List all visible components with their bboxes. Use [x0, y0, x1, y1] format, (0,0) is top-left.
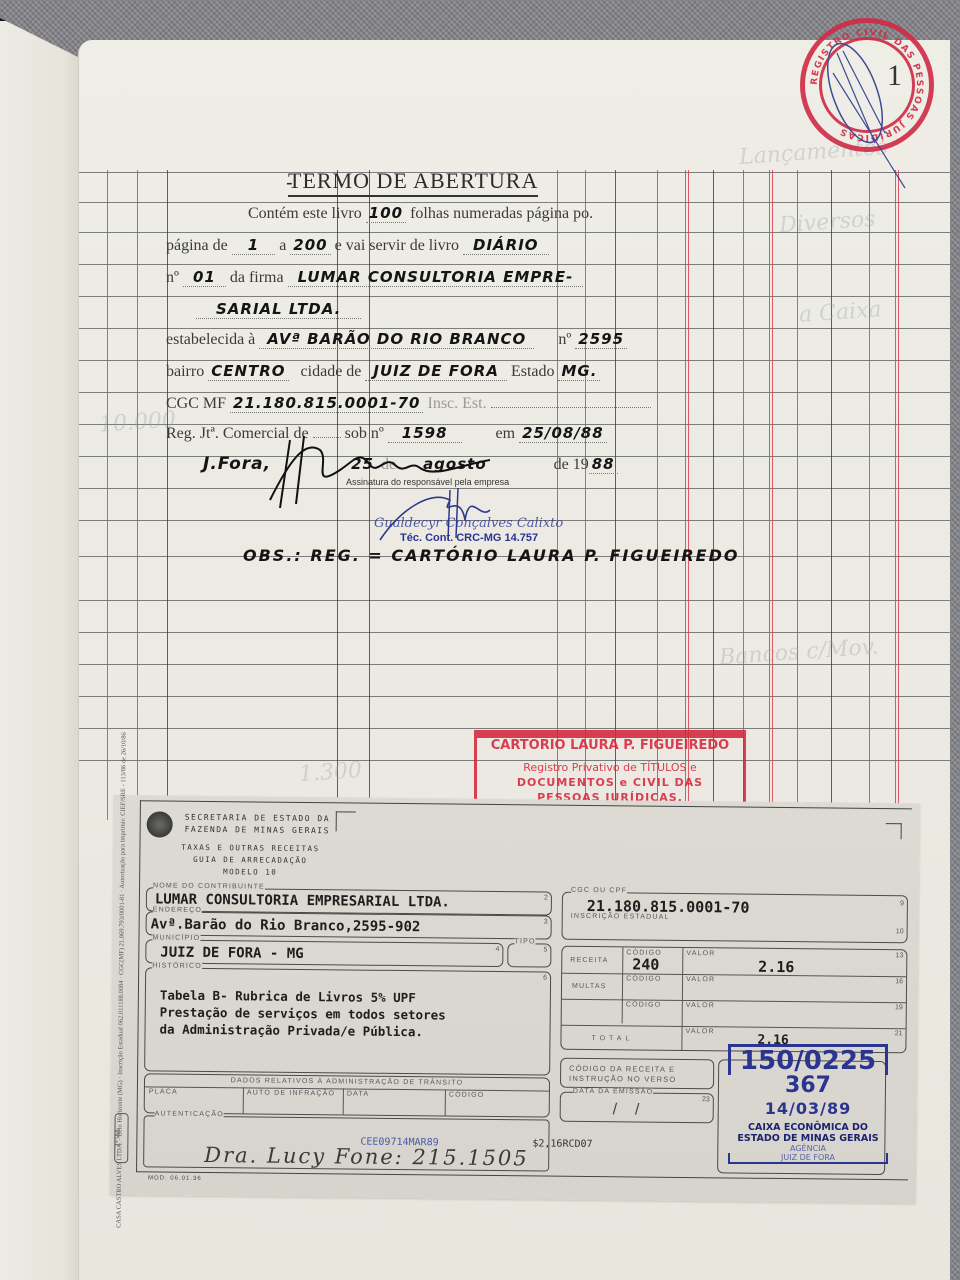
handwritten-phone-note: Dra. Lucy Fone: 215.1505	[204, 1143, 529, 1170]
termo-line-6: bairro CENTRO cidade de JUIZ DE FORA Est…	[166, 362, 600, 381]
form-header-secretaria: SECRETARIA DE ESTADO DA FAZENDA DE MINAS…	[185, 812, 331, 838]
revenue-code-instruction-field: CÓDIGO DA RECEITA E INSTRUÇÃO NO VERSO	[560, 1058, 714, 1090]
ruled-column	[797, 170, 798, 820]
issue-date-value: / /	[613, 1101, 640, 1119]
blue-initials-scribble	[815, 33, 935, 193]
termo-line-2: página de 1 a 200 e vai servir de livro …	[166, 236, 549, 255]
ruled-line	[79, 728, 950, 729]
ruled-column	[685, 170, 686, 820]
book-type-value: DIÁRIO	[463, 236, 549, 255]
termo-title: TERMO DE ABERTURA	[288, 168, 538, 197]
ruled-column	[895, 170, 896, 820]
notary-stamp-line: DOCUMENTOS e CIVIL DAS	[477, 776, 743, 789]
field-label: TIPO	[514, 938, 535, 945]
field-number: 16	[895, 978, 903, 985]
ruled-line	[79, 696, 950, 697]
label: estabelecida à	[166, 331, 255, 348]
obs-value: OBS.: REG. = CARTÓRIO LAURA P. FIGUEIRED…	[240, 546, 742, 565]
ruled-column	[869, 170, 870, 820]
history-field: HISTÓRICO Tabela B- Rubrica de Livros 5%…	[144, 967, 551, 1075]
cgc-field: CGC OU CPF 21.180.815.0001-70 INSCRIÇÃO …	[562, 892, 908, 944]
label: Contém este livro	[248, 205, 362, 222]
ruled-column	[657, 170, 658, 820]
bleed-through-text: 10.000	[98, 407, 177, 437]
ruled-line	[79, 664, 950, 665]
termo-line-5: estabelecida à AVª BARÃO DO RIO BRANCO n…	[166, 330, 627, 349]
divider	[243, 1087, 244, 1113]
registry-date-value: 25/08/88	[519, 424, 607, 443]
ruled-column	[688, 170, 689, 820]
field-label: VALOR	[686, 1028, 715, 1035]
ruled-line	[79, 360, 950, 361]
divider	[681, 948, 683, 1050]
divider	[622, 947, 624, 1023]
ruled-line	[79, 392, 950, 393]
label: CGC MF	[166, 395, 226, 412]
via-label: 1ª VIA	[114, 1113, 129, 1163]
printer-imprint: CASA CASTRO ALVES LTDA. - Belo Horizonte…	[111, 855, 134, 1105]
ruled-column	[615, 170, 616, 820]
ruled-line	[79, 632, 950, 633]
divider	[445, 1089, 446, 1115]
field-label: NOME DO CONTRIBUINTE	[153, 882, 265, 890]
ruled-line	[79, 296, 950, 297]
field-number: 19	[895, 1004, 903, 1011]
notary-stamp-title: CARTÓRIO LAURA P. FIGUEIREDO	[477, 738, 743, 753]
form-model-code: MOD. 06.01.36	[148, 1175, 202, 1182]
field-label: VALOR	[686, 1002, 715, 1009]
history-text: Tabela B- Rubrica de Livros 5% UPF Prest…	[159, 986, 446, 1040]
address-number-value: 2595	[575, 330, 627, 349]
ruled-column	[585, 170, 586, 820]
label: a	[279, 237, 286, 254]
termo-line-1: Contém este livro 100 folhas numeradas p…	[248, 204, 593, 223]
corner-mark	[336, 811, 356, 831]
taxpayer-address-value: Avª.Barão do Rio Branco,2595-902	[151, 916, 421, 935]
divider	[343, 1088, 344, 1114]
bank-stamp-name: ESTADO DE MINAS GERAIS	[728, 1133, 888, 1144]
label: bairro	[166, 363, 204, 380]
ruled-line	[79, 600, 950, 601]
header-line: GUIA DE ARRECADAÇÃO	[180, 854, 320, 867]
cgc-value: 21.180.815.0001-70	[230, 394, 423, 413]
accountant-name: Gualdecyr Conçalves Calixto	[374, 516, 563, 531]
field-label: DADOS RELATIVOS À ADMINISTRAÇÃO DE TRÂNS…	[145, 1076, 549, 1087]
field-number: 23	[702, 1096, 710, 1103]
field-label: DATA	[347, 1090, 370, 1097]
authentication-field: AUTENTICAÇÃO CEE09714MAR89 $2,16RCD07 Dr…	[143, 1115, 550, 1171]
field-number: 5	[543, 947, 547, 954]
label: nº	[558, 331, 571, 348]
field-label: CÓDIGO	[626, 975, 662, 982]
field-number: 2	[544, 895, 548, 902]
label: Insc. Est.	[427, 395, 486, 412]
field-number: 13	[896, 952, 904, 959]
address-value: AVª BARÃO DO RIO BRANCO	[259, 330, 534, 349]
issue-date-field: DATA DA EMISSÃO / / 23	[560, 1092, 714, 1124]
bank-receipt-stamp: 150/0225 367 14/03/89 CAIXA ECONÔMICA DO…	[728, 1044, 888, 1164]
field-number: 4	[495, 946, 499, 953]
termo-obs-line: OBS.: REG. = CARTÓRIO LAURA P. FIGUEIRED…	[240, 546, 742, 566]
book-number-value: 01	[183, 268, 226, 287]
label: Estado	[511, 363, 555, 380]
ruled-column	[713, 170, 714, 820]
label-line: INSTRUÇÃO NO VERSO	[569, 1074, 677, 1085]
field-label: ENDEREÇO	[153, 906, 202, 914]
ruled-column	[772, 170, 773, 820]
field-label: HISTÓRICO	[152, 962, 202, 970]
notary-stamp-line: Registro Privativo de TÍTULOS e	[477, 761, 743, 774]
company-name-line2: SARIAL LTDA.	[196, 300, 361, 319]
field-number: 3	[544, 919, 548, 926]
label: nº	[166, 269, 179, 286]
header-line: MODELO 10	[180, 866, 320, 879]
insc-blank	[491, 407, 651, 408]
field-label: CÓDIGO DA RECEITA E INSTRUÇÃO NO VERSO	[569, 1064, 677, 1085]
field-label: CÓDIGO	[626, 1001, 662, 1008]
previous-page-edge	[0, 18, 80, 1280]
values-table: RECEITA CÓDIGO 240 VALOR 2.16 MULTAS CÓD…	[560, 946, 907, 1054]
city-value: JUIZ DE FORA	[365, 362, 507, 381]
field-number: 10	[896, 928, 904, 935]
ruled-column	[107, 170, 108, 820]
field-label: CÓDIGO	[449, 1092, 485, 1099]
field-number: 9	[900, 900, 904, 907]
field-label: VALOR	[686, 976, 715, 983]
bank-stamp-date: 14/03/89	[728, 1099, 888, 1118]
revenue-label: RECEITA	[570, 957, 608, 964]
field-label: MUNICÍPIO	[152, 934, 200, 941]
bank-stamp-agency: JUIZ DE FORA	[728, 1153, 888, 1164]
state-value: MG.	[558, 362, 600, 381]
label: de 19	[554, 456, 589, 473]
divider	[562, 1025, 906, 1030]
label: e vai servir de livro	[335, 237, 459, 254]
ruled-line	[79, 264, 950, 265]
district-value: CENTRO	[208, 362, 288, 381]
termo-line-4: SARIAL LTDA.	[196, 300, 361, 319]
revenue-code-value: 240	[632, 955, 659, 973]
divider	[562, 973, 906, 978]
bank-stamp-number: 150/0225	[728, 1044, 888, 1075]
accountant-crc: Téc. Cont. CRC-MG 14.757	[400, 532, 538, 544]
ruled-line	[79, 328, 950, 329]
municipality-value: JUIZ DE FORA - MG	[160, 944, 303, 961]
year-value: 88	[589, 455, 618, 474]
label: cidade de	[301, 363, 362, 380]
label: folhas numeradas página po.	[410, 205, 593, 222]
bleed-through-text: 1.300	[298, 758, 363, 787]
taxpayer-address-field: ENDEREÇO Avª.Barão do Rio Branco,2595-90…	[146, 911, 552, 939]
field-label: DATA DA EMISSÃO	[573, 1088, 653, 1096]
bank-stamp-teller: 367	[728, 1075, 888, 1097]
ruled-column	[137, 170, 138, 820]
ruled-column	[743, 170, 744, 820]
label: da firma	[230, 269, 284, 286]
page-to-value: 200	[290, 236, 330, 255]
type-field: TIPO 5	[507, 943, 551, 967]
folhas-value: 100	[366, 204, 406, 223]
termo-line-3: nº 01 da firma LUMAR CONSULTORIA EMPRE-	[166, 268, 583, 287]
bleed-through-text: Diversos	[778, 207, 876, 239]
ruled-column	[898, 170, 899, 820]
authentication-amount: $2,16RCD07	[532, 1138, 592, 1150]
bank-stamp-name: CAIXA ECONÔMICA DO	[728, 1122, 888, 1133]
field-label: AUTENTICAÇÃO	[155, 1110, 224, 1118]
total-label: TOTAL	[591, 1035, 633, 1042]
header-line: FAZENDA DE MINAS GERAIS	[185, 824, 330, 838]
company-name-line1: LUMAR CONSULTORIA EMPRE-	[288, 268, 584, 287]
field-label: AUTO DE INFRAÇÃO	[247, 1089, 335, 1097]
field-label: PLACA	[149, 1088, 178, 1095]
field-number: 21	[895, 1030, 903, 1037]
bank-stamp-agency: AGÊNCIA	[728, 1144, 888, 1153]
state-coat-of-arms-icon	[147, 811, 173, 837]
termo-line-7: CGC MF 21.180.815.0001-70 Insc. Est.	[166, 394, 651, 413]
field-label: VALOR	[686, 950, 715, 957]
history-line: da Administração Privada/e Pública.	[159, 1020, 445, 1040]
field-label: CGC OU CPF	[571, 887, 627, 895]
label: página de	[166, 237, 228, 254]
revenue-amount-value: 2.16	[758, 958, 794, 976]
ruled-column	[831, 170, 832, 820]
fines-label: MULTAS	[572, 983, 607, 990]
corner-mark	[886, 823, 902, 839]
page-from-value: 1	[232, 236, 275, 255]
ruled-line	[79, 202, 950, 203]
divider	[562, 999, 906, 1004]
field-label: INSCRIÇÃO ESTADUAL	[571, 913, 670, 921]
form-header-guia: TAXAS E OUTRAS RECEITAS GUIA DE ARRECADA…	[180, 842, 320, 879]
ruled-column	[769, 170, 770, 820]
field-number: 6	[543, 975, 547, 982]
registry-seal-stamp: REGISTRO CIVIL DAS PESSOAS JURÍDICAS 1	[800, 18, 934, 152]
